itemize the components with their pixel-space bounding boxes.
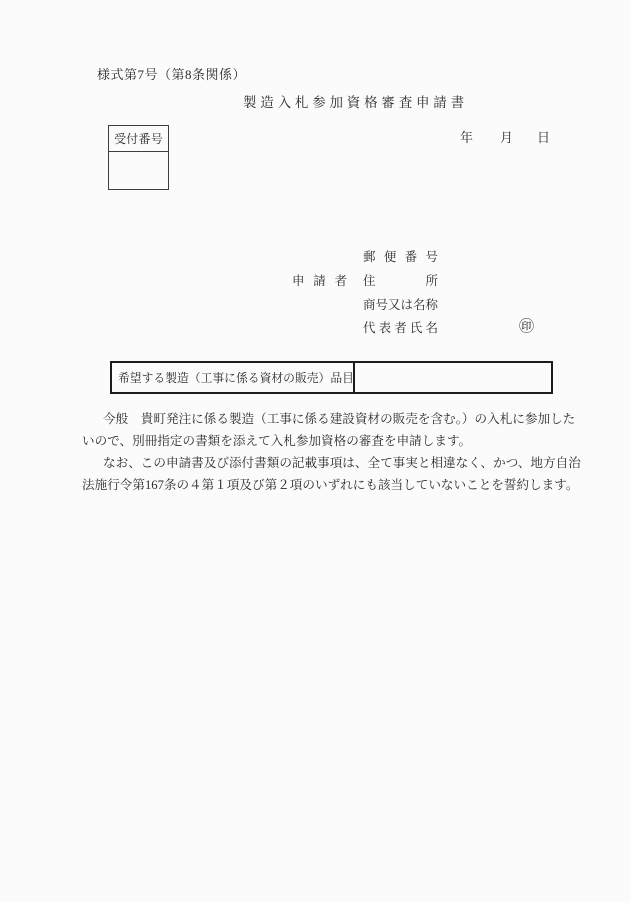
pledge-paragraph: 今般 貴町発注に係る製造（工事に係る建設資材の販売を含む。）の入札に参加した い…	[82, 408, 590, 496]
desired-items-label-cell: 希望する製造（工事に係る資材の販売）品目	[112, 363, 355, 392]
pledge-line: 法施行令第167条の４第１項及び第２項のいずれにも該当していないことを誓約します…	[82, 474, 590, 496]
application-form-page: 様式第7号（第8条関係） 製造入札参加資格審査申請書 受付番号 年 月 日 郵便…	[0, 0, 630, 903]
form-number-label: 様式第7号（第8条関係）	[97, 64, 246, 83]
representative-name-label: 代表者氏名	[363, 318, 438, 336]
desired-items-table: 希望する製造（工事に係る資材の販売）品目	[110, 361, 553, 394]
applicant-label: 申請者	[292, 271, 347, 289]
page-title: 製造入札参加資格審査申請書	[243, 91, 468, 111]
pledge-line: なお、この申請書及び添付書類の記載事項は、全て事実と相違なく、かつ、地方自治	[82, 452, 590, 474]
date-year-label: 年	[460, 127, 473, 146]
desired-items-value-cell	[355, 363, 551, 392]
date-line: 年 月 日	[0, 127, 630, 143]
reception-number-value-cell	[109, 152, 168, 189]
date-month-label: 月	[500, 127, 513, 146]
date-day-label: 日	[537, 127, 550, 146]
postal-code-label: 郵便番号	[363, 247, 438, 265]
seal-mark: ㊞	[519, 315, 534, 336]
pledge-line: 今般 貴町発注に係る製造（工事に係る建設資材の販売を含む。）の入札に参加した	[82, 408, 590, 430]
trade-name-label: 商号又は名称	[363, 295, 438, 313]
pledge-line: いので、別冊指定の書類を添えて入札参加資格の審査を申請します。	[82, 430, 590, 452]
address-label: 住所	[363, 271, 438, 289]
